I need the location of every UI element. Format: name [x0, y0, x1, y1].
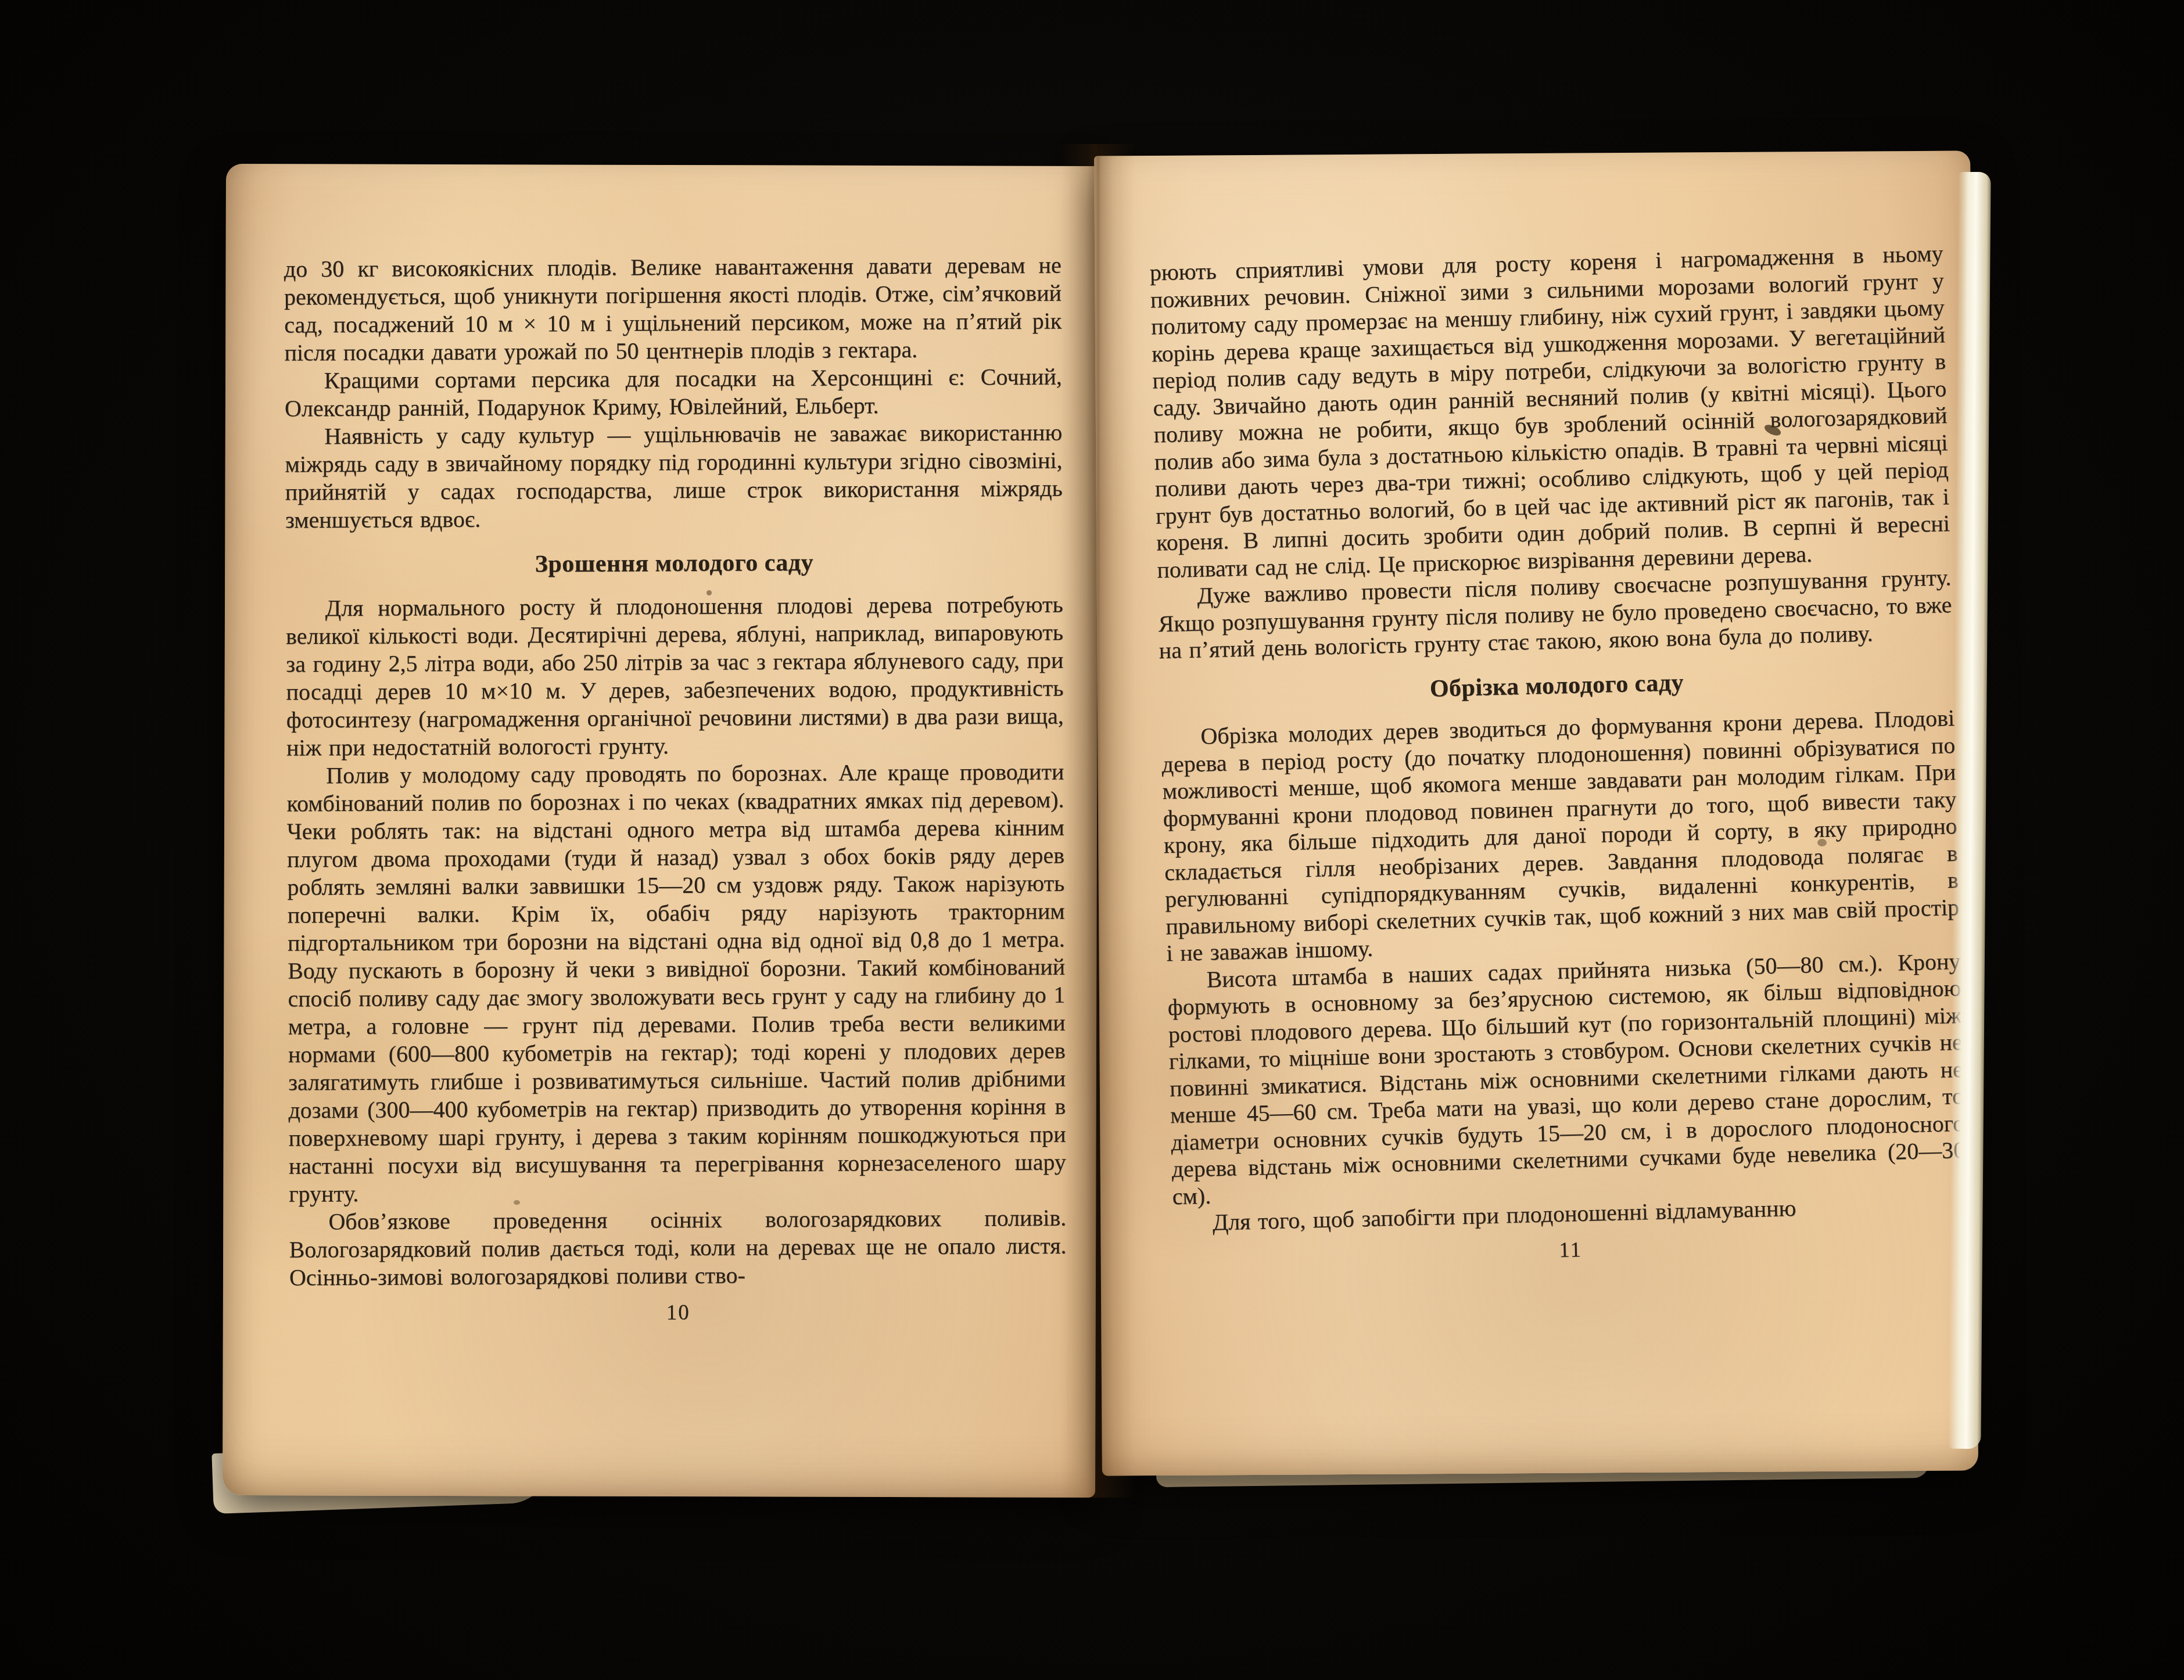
paragraph: до 30 кг високоякісних плодів. Велике на…	[284, 252, 1062, 367]
left-page-text-block: до 30 кг високоякісних плодів. Велике на…	[284, 252, 1067, 1329]
paragraph: рюють сприятливі умови для росту кореня …	[1149, 240, 1950, 583]
paper-speck	[514, 1200, 520, 1205]
page-number-left: 10	[289, 1297, 1067, 1329]
section-heading-pruning: Обрізка молодого саду	[1160, 662, 1954, 709]
right-page: рюють сприятливі умови для росту кореня …	[1094, 150, 1978, 1476]
paragraph: Обрізка молодих дерев зводиться до форму…	[1161, 705, 1960, 967]
paragraph: Висота штамба в наших садах прийнята низ…	[1167, 947, 1966, 1210]
right-page-text-block: рюють сприятливі умови для росту кореня …	[1149, 240, 1967, 1273]
paragraph: Наявність у саду культур — ущільнювачів …	[285, 419, 1063, 534]
paragraph: Полив у молодому саду проводять по бороз…	[286, 758, 1066, 1208]
scanned-book-spread: до 30 кг високоякісних плодів. Велике на…	[0, 0, 2184, 1680]
section-heading-irrigation: Зрошення молодого саду	[285, 548, 1063, 580]
left-page: до 30 кг високоякісних плодів. Велике на…	[223, 164, 1099, 1498]
paper-speck	[707, 590, 712, 595]
paper-speck	[1817, 839, 1827, 846]
paragraph: Обов’язкове проведення осінніх вологозар…	[289, 1204, 1067, 1292]
paragraph: Для нормального росту й плодоношення пло…	[286, 591, 1064, 762]
paragraph: Кращими сортами персика для посадки на Х…	[285, 363, 1062, 423]
